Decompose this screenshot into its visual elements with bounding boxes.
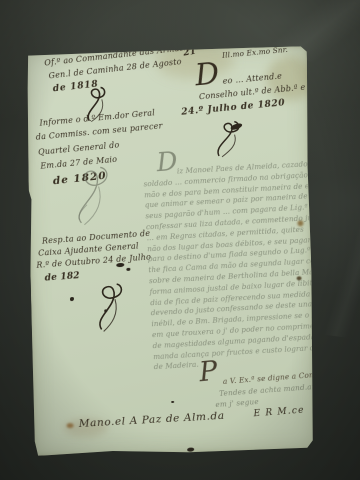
closing-initial: P: [198, 361, 218, 384]
docket-note-year: de 1818: [53, 80, 100, 94]
ink-blot: [70, 297, 74, 301]
closing-line: em j' segue: [215, 398, 259, 408]
rubric-flourish-icon: [210, 119, 251, 158]
signature: Mano.el A Paz de Alm.da: [78, 411, 224, 430]
response-note-year: de 182: [44, 272, 80, 284]
registry-note-line: eo … Attend.e: [222, 72, 282, 85]
manuscript-paper: Of.º ao Commandante das Armas D.º Gen.l …: [26, 46, 315, 456]
foxing-spot: [67, 423, 74, 428]
ink-blot: [116, 263, 124, 267]
order-note-year: de 1820: [52, 171, 107, 187]
valediction: E R M.ce: [253, 407, 305, 420]
order-note-line: Quartel General do: [38, 141, 120, 156]
ink-blot: [187, 448, 194, 452]
rubric-flourish-icon: [91, 282, 128, 333]
ink-blot: [171, 401, 174, 403]
ink-blot: [104, 309, 107, 312]
salutation: Ill.mo Ex.mo Snr.: [222, 46, 288, 59]
petition-body: iz Manoel Paes de Almeida, cazado, solda…: [143, 159, 315, 373]
photo-of-manuscript: Of.º ao Commandante das Armas D.º Gen.l …: [0, 0, 360, 480]
order-note-line: Em.da 27 de Maio: [40, 156, 117, 171]
registry-note-date: 24.º Julho de 1820: [181, 99, 286, 117]
document-number: 21: [183, 48, 197, 59]
ink-blot: [126, 268, 130, 271]
registry-initial: D: [194, 62, 220, 88]
